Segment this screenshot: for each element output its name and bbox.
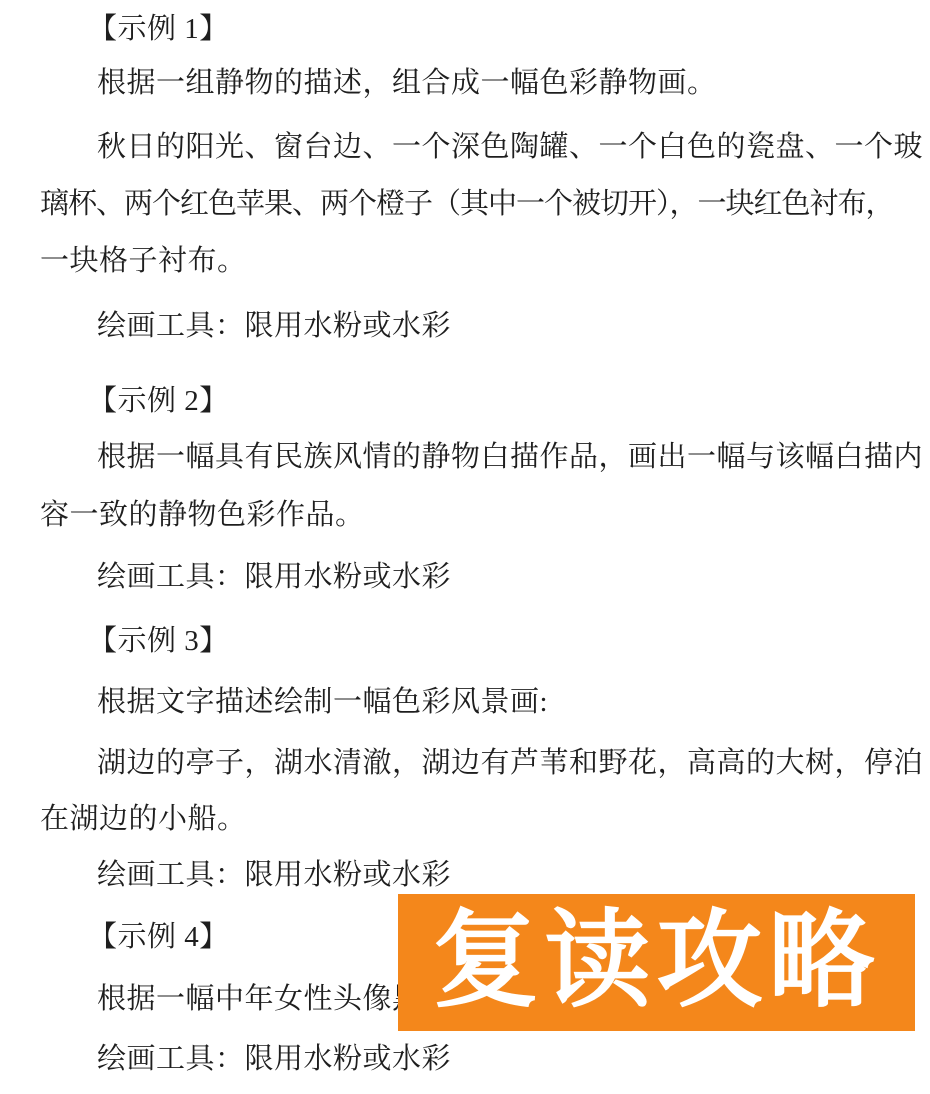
text-line: 根据一幅中年女性头像黑 [97, 981, 422, 1017]
text-line: 根据一幅具有民族风情的静物白描作品，画出一幅与该幅白描内 [97, 439, 923, 475]
text-line: 容一致的静物色彩作品。 [40, 497, 365, 533]
text-line: 根据一组静物的描述，组合成一幅色彩静物画。 [97, 65, 717, 101]
text-line: 绘画工具：限用水粉或水彩 [97, 559, 451, 595]
example-2-heading: 【示例 2】 [88, 383, 229, 419]
example-1-heading: 【示例 1】 [88, 11, 229, 47]
text-line: 在湖边的小船。 [40, 801, 247, 837]
text-line: 秋日的阳光、窗台边、一个深色陶罐、一个白色的瓷盘、一个玻 [97, 129, 923, 165]
document-page: 【示例 1】 根据一组静物的描述，组合成一幅色彩静物画。 秋日的阳光、窗台边、一… [0, 0, 930, 1094]
text-line: 一块格子衬布。 [40, 243, 247, 279]
text-line: 璃杯、两个红色苹果、两个橙子（其中一个被切开），一块红色衬布， [40, 186, 894, 222]
text-line: 绘画工具：限用水粉或水彩 [97, 857, 451, 893]
watermark-text: 复读攻略 [433, 908, 881, 1014]
watermark-banner: 复读攻略 [398, 894, 915, 1031]
text-line: 湖边的亭子，湖水清澈，湖边有芦苇和野花，高高的大树，停泊 [97, 745, 923, 781]
text-line: 绘画工具：限用水粉或水彩 [97, 308, 451, 344]
example-4-heading: 【示例 4】 [88, 919, 229, 955]
text-line: 根据文字描述绘制一幅色彩风景画: [97, 684, 548, 720]
text-line: 绘画工具：限用水粉或水彩 [97, 1041, 451, 1077]
example-3-heading: 【示例 3】 [88, 623, 229, 659]
